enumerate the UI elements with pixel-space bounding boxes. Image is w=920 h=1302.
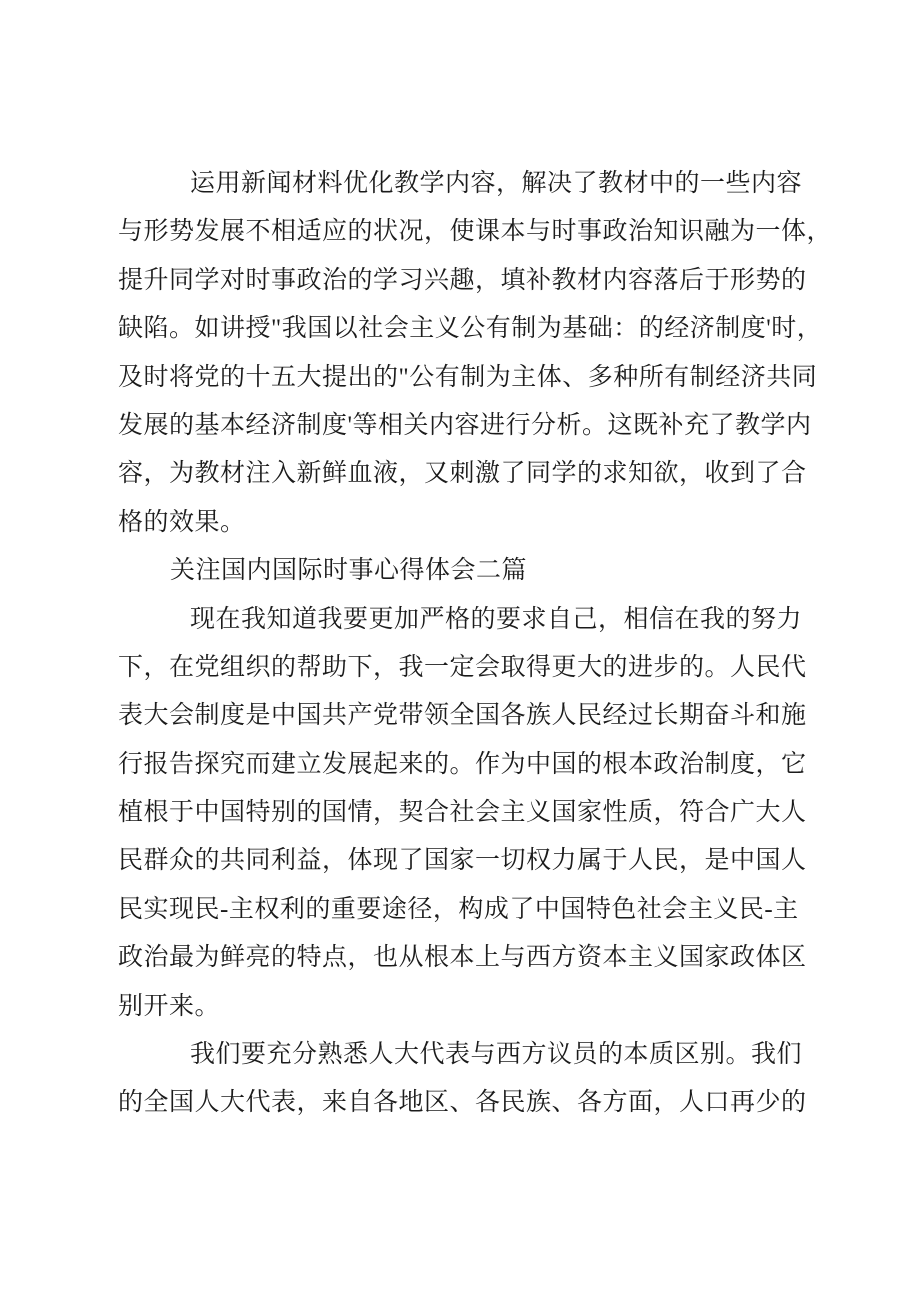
text-line: 容，为教材注入新鲜血液，又刺激了同学的求知欲，收到了合 [118,450,832,498]
text-line: 现在我知道我要更加严格的要求自己，相信在我的努力 [118,596,832,644]
text-line: 与形势发展不相适应的状况，使课本与时事政治知识融为一体， [118,208,832,256]
text-line: 我们要充分熟悉人大代表与西方议员的本质区别。我们 [118,1031,832,1079]
text-line: 运用新闻材料优化教学内容，解决了教材中的一些内容 [118,160,832,208]
text-line: 别开来。 [118,983,832,1031]
text-line: 格的效果。 [118,499,832,547]
text-line: 缺陷。如讲授"我国以社会主义公有制为基础：的经济制度'时， [118,305,832,353]
text-line: 民群众的共同利益，体现了国家一切权力属于人民，是中国人 [118,837,832,885]
text-line: 的全国人大代表，来自各地区、各民族、各方面，人口再少的 [118,1079,832,1127]
text-line: 提升同学对时事政治的学习兴趣，填补教材内容落后于形势的 [118,257,832,305]
text-line: 下，在党组织的帮助下，我一定会取得更大的进步的。人民代 [118,644,832,692]
text-line: 表大会制度是中国共产党带领全国各族人民经过长期奋斗和施 [118,692,832,740]
text-line: 及时将党的十五大提出的"公有制为主体、多种所有制经济共同 [118,354,832,402]
document-text: 运用新闻材料优化教学内容，解决了教材中的一些内容与形势发展不相适应的状况，使课本… [118,160,832,1128]
text-line: 政治最为鲜亮的特点，也从根本上与西方资本主义国家政体区 [118,934,832,982]
document-page: 运用新闻材料优化教学内容，解决了教材中的一些内容与形势发展不相适应的状况，使课本… [0,0,920,1302]
text-line: 行报告探究而建立发展起来的。作为中国的根本政治制度，它 [118,741,832,789]
text-line: 植根于中国特别的国情，契合社会主义国家性质，符合广大人 [118,789,832,837]
section-title-line: 关注国内国际时事心得体会二篇 [118,547,832,595]
text-line: 民实现民-主权利的重要途径，构成了中国特色社会主义民-主 [118,886,832,934]
text-line: 发展的基本经济制度'等相关内容进行分析。这既补充了教学内 [118,402,832,450]
